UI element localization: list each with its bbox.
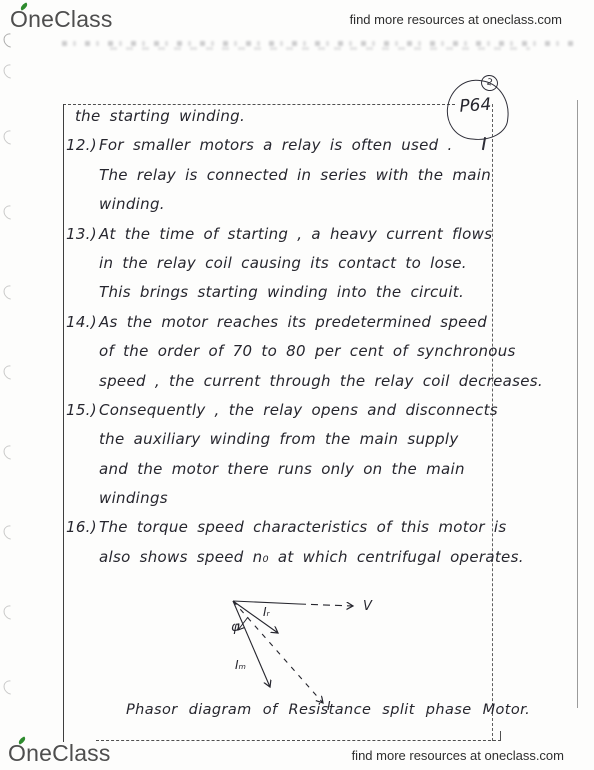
line-text: also shows speed n₀ at which centrifugal… [99, 548, 524, 566]
binding-mark [1, 523, 21, 543]
binding-mark [1, 678, 21, 698]
line-text: in the relay coil causing its contact to… [99, 254, 467, 272]
footer-tagline: find more resources at oneclass.com [352, 748, 564, 763]
phasor-label-im: Iₘ [235, 658, 246, 672]
line-number: 12.) [66, 136, 99, 154]
line-text: As the motor reaches its predetermined s… [99, 313, 487, 331]
note-line: the auxiliary winding from the main supp… [66, 430, 490, 459]
line-text: At the time of starting , a heavy curren… [99, 225, 492, 243]
note-box-corner [500, 731, 501, 741]
note-line: also shows speed n₀ at which centrifugal… [66, 548, 490, 577]
binding-mark [1, 31, 21, 51]
line-text: the starting winding. [75, 107, 245, 125]
scanned-note-page: OneClass find more resources at oneclass… [0, 0, 594, 770]
note-line: the starting winding. [66, 107, 490, 136]
scan-noise-band [110, 47, 530, 50]
line-text: windings [99, 489, 168, 507]
binding-mark [1, 443, 21, 463]
line-text: of the order of 70 to 80 per cent of syn… [99, 342, 516, 360]
note-line: 15.)Consequently , the relay opens and d… [66, 401, 490, 430]
note-line: 14.)As the motor reaches its predetermin… [66, 313, 490, 342]
note-line: 12.)For smaller motors a relay is often … [66, 136, 490, 165]
binding-mark [1, 283, 21, 303]
note-line: 16.)The torque speed characteristics of … [66, 518, 490, 547]
line-text: and the motor there runs only on the mai… [99, 460, 465, 478]
diagram-caption: Phasor diagram of Resistance split phase… [126, 702, 530, 718]
note-line: The relay is connected in series with th… [66, 166, 490, 195]
note-box-border-left [63, 104, 64, 742]
phasor-label-v: V [363, 599, 373, 614]
line-text: This brings starting winding into the ci… [99, 283, 464, 301]
phasor-diagram: V Iᵣ Iₘ I φ [193, 583, 405, 717]
binding-mark [1, 603, 21, 623]
line-number: 14.) [66, 313, 99, 331]
line-number: 16.) [66, 518, 99, 536]
line-text: The relay is connected in series with th… [99, 166, 491, 184]
phasor-v-line-dashed [299, 604, 353, 606]
note-line: and the motor there runs only on the mai… [66, 460, 490, 489]
binding-mark [1, 128, 21, 148]
line-text: the auxiliary winding from the main supp… [99, 430, 459, 448]
header-logo: OneClass [10, 6, 113, 33]
phasor-i-line [233, 601, 323, 703]
note-line: 13.)At the time of starting , a heavy cu… [66, 225, 490, 254]
note-box-border-right [492, 104, 493, 741]
phasor-label-phi: φ [231, 620, 240, 635]
note-box-border-top [63, 104, 455, 105]
header-tagline: find more resources at oneclass.com [350, 12, 562, 27]
line-number: 15.) [66, 401, 99, 419]
binding-mark [1, 363, 21, 383]
footer-logo: OneClass [8, 740, 111, 767]
phasor-label-ir: Iᵣ [263, 605, 271, 619]
line-text: For smaller motors a relay is often used… [99, 136, 453, 154]
binding-mark [1, 62, 21, 82]
scan-noise-band [62, 41, 577, 46]
phasor-v-line [233, 601, 299, 604]
line-text: The torque speed characteristics of this… [99, 518, 507, 536]
note-line: of the order of 70 to 80 per cent of syn… [66, 342, 490, 371]
line-text: Consequently , the relay opens and disco… [99, 401, 498, 419]
note-line: This brings starting winding into the ci… [66, 283, 490, 312]
binding-mark [1, 203, 21, 223]
note-box-border-bottom [96, 740, 501, 741]
note-body: the starting winding. 12.)For smaller mo… [66, 107, 490, 577]
line-text: winding. [99, 195, 165, 213]
note-line: winding. [66, 195, 490, 224]
note-line: speed , the current through the relay co… [66, 372, 490, 401]
scan-edge-line [577, 100, 578, 708]
line-text: speed , the current through the relay co… [99, 372, 543, 390]
note-line: windings [66, 489, 490, 518]
note-line: in the relay coil causing its contact to… [66, 254, 490, 283]
line-number: 13.) [66, 225, 99, 243]
